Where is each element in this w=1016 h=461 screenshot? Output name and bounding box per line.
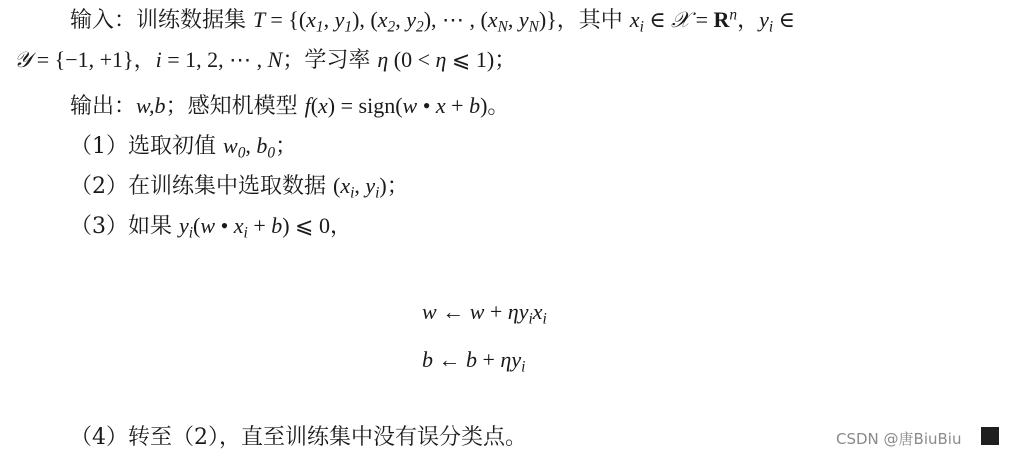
step-1: （1）选取初值 w0, b0； [70, 132, 297, 161]
watermark: CSDN @唐BiuBiu [836, 428, 961, 449]
sample-formula: (xi, yi) [333, 173, 387, 198]
output-label: 输出： [70, 94, 136, 119]
learning-rate-formula: η (0 < η ⩽ 1) [377, 47, 494, 72]
y-domain-formula: yi ∈ [759, 7, 795, 32]
step-2: （2）在训练集中选取数据 (xi, yi)； [70, 172, 409, 201]
perceptron-model-formula: f(x) = sign(w • x + b) [305, 93, 488, 118]
index-formula: i = 1, 2, ⋯ , N [156, 47, 283, 72]
watermark-block [981, 427, 999, 445]
input-label: 输入： [70, 8, 136, 33]
label-set-formula: 𝒴 = {−1, +1} [14, 47, 134, 72]
training-set-formula: T = {(x1, y1), (x2, y2), ⋯ , (xN, yN)} [253, 7, 557, 32]
x-domain-formula: xi ∈ 𝒳 = Rn [630, 7, 737, 32]
update-rule-w: w ← w + ηyixi [422, 298, 547, 326]
input-line-1: 输入：训练数据集 T = {(x1, y1), (x2, y2), ⋯ , (x… [70, 6, 795, 35]
update-rule-b: b ← b + ηyi [422, 346, 525, 374]
misclassification-condition: yi(w • xi + b) ⩽ 0 [179, 213, 330, 238]
input-line-2: 𝒴 = {−1, +1}，i = 1, 2, ⋯ , N；学习率 η (0 < … [14, 46, 516, 75]
output-line: 输出：w,b；感知机模型 f(x) = sign(w • x + b)。 [70, 92, 509, 121]
initial-values-formula: w0, b0 [223, 133, 275, 158]
step-3: （3）如果 yi(w • xi + b) ⩽ 0， [70, 212, 352, 241]
step-4: （4）转至（2），直至训练集中没有误分类点。 [70, 424, 527, 452]
